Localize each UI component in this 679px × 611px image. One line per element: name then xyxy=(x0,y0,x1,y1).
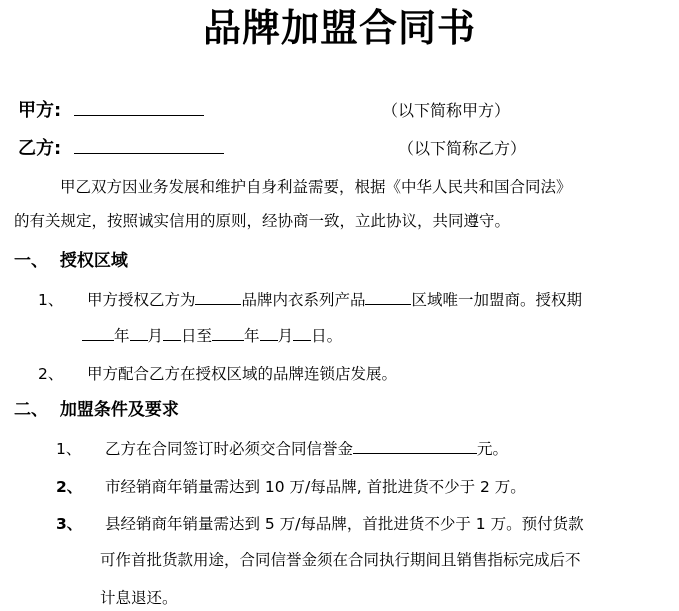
region-blank[interactable] xyxy=(365,288,411,305)
section-2-item-1: 1、 乙方在合同签订时必须交合同信誉金元。 xyxy=(56,437,508,460)
section-2-item-2: 2、 市经销商年销量需达到 10 万/每品牌, 首批进货不少于 2 万。 xyxy=(56,476,526,498)
start-day-blank[interactable] xyxy=(163,324,181,341)
item-number: 2、 xyxy=(38,363,82,385)
year-label: 年 xyxy=(114,327,130,345)
item-text: 市经销商年销量需达到 10 万/每品牌, 首批进货不少于 2 万。 xyxy=(105,478,526,496)
end-day-blank[interactable] xyxy=(293,324,311,341)
preamble-line-2: 的有关规定，按照诚实信用的原则，经协商一致，立此协议，共同遵守。 xyxy=(14,210,510,232)
section-1-number: 一、 xyxy=(14,251,48,271)
authorization-date-line: 年月日至年月日。 xyxy=(82,324,342,347)
section-2-heading: 二、 加盟条件及要求 xyxy=(14,399,179,421)
party-b-note: （以下简称乙方） xyxy=(398,138,526,160)
item-number: 2、 xyxy=(56,476,100,498)
section-2-item-3-line-3: 计息退还。 xyxy=(100,587,178,609)
preamble-line-1: 甲乙双方因业务发展和维护自身利益需要，根据《中华人民共和国合同法》 xyxy=(60,176,572,198)
item-text-a: 乙方在合同签订时必须交合同信誉金 xyxy=(105,440,353,458)
section-2-title: 加盟条件及要求 xyxy=(60,400,179,420)
month-label: 月 xyxy=(278,327,294,345)
day-to-label: 日至 xyxy=(181,327,212,345)
party-a-blank[interactable] xyxy=(74,99,204,116)
party-b-blank[interactable] xyxy=(74,137,224,154)
party-a-row: 甲方: xyxy=(18,99,204,122)
document-title: 品牌加盟合同书 xyxy=(0,4,679,52)
party-a-label: 甲方: xyxy=(18,100,61,121)
end-month-blank[interactable] xyxy=(260,324,278,341)
item-text: 甲方配合乙方在授权区域的品牌连锁店发展。 xyxy=(87,365,397,383)
item-text-c: 区域唯一加盟商。授权期 xyxy=(411,291,582,309)
item-text-a: 甲方授权乙方为 xyxy=(87,291,196,309)
party-a-note: （以下简称甲方） xyxy=(382,100,510,122)
month-label: 月 xyxy=(148,327,164,345)
section-2-number: 二、 xyxy=(14,400,48,420)
deposit-amount-blank[interactable] xyxy=(353,437,477,454)
section-1-item-1: 1、 甲方授权乙方为品牌内衣系列产品区域唯一加盟商。授权期 xyxy=(38,288,582,311)
party-b-label: 乙方: xyxy=(18,138,61,159)
item-text-b: 品牌内衣系列产品 xyxy=(241,291,365,309)
start-year-blank[interactable] xyxy=(82,324,114,341)
section-1-title: 授权区域 xyxy=(60,251,128,271)
brand-blank[interactable] xyxy=(195,288,241,305)
start-month-blank[interactable] xyxy=(130,324,148,341)
item-number: 1、 xyxy=(56,438,100,460)
section-1-heading: 一、 授权区域 xyxy=(14,250,128,272)
day-label: 日。 xyxy=(311,327,342,345)
year-label: 年 xyxy=(244,327,260,345)
item-number: 1、 xyxy=(38,289,82,311)
item-number: 3、 xyxy=(56,513,100,535)
item-text-line-1: 县经销商年销量需达到 5 万/每品牌，首批进货不少于 1 万。预付货款 xyxy=(105,515,584,533)
section-2-item-3: 3、 县经销商年销量需达到 5 万/每品牌，首批进货不少于 1 万。预付货款 xyxy=(56,513,584,535)
end-year-blank[interactable] xyxy=(212,324,244,341)
item-text-b: 元。 xyxy=(477,440,508,458)
party-b-row: 乙方: xyxy=(18,137,224,160)
section-1-item-2: 2、 甲方配合乙方在授权区域的品牌连锁店发展。 xyxy=(38,363,397,385)
section-2-item-3-line-2: 可作首批货款用途，合同信誉金须在合同执行期间且销售指标完成后不 xyxy=(100,549,581,571)
